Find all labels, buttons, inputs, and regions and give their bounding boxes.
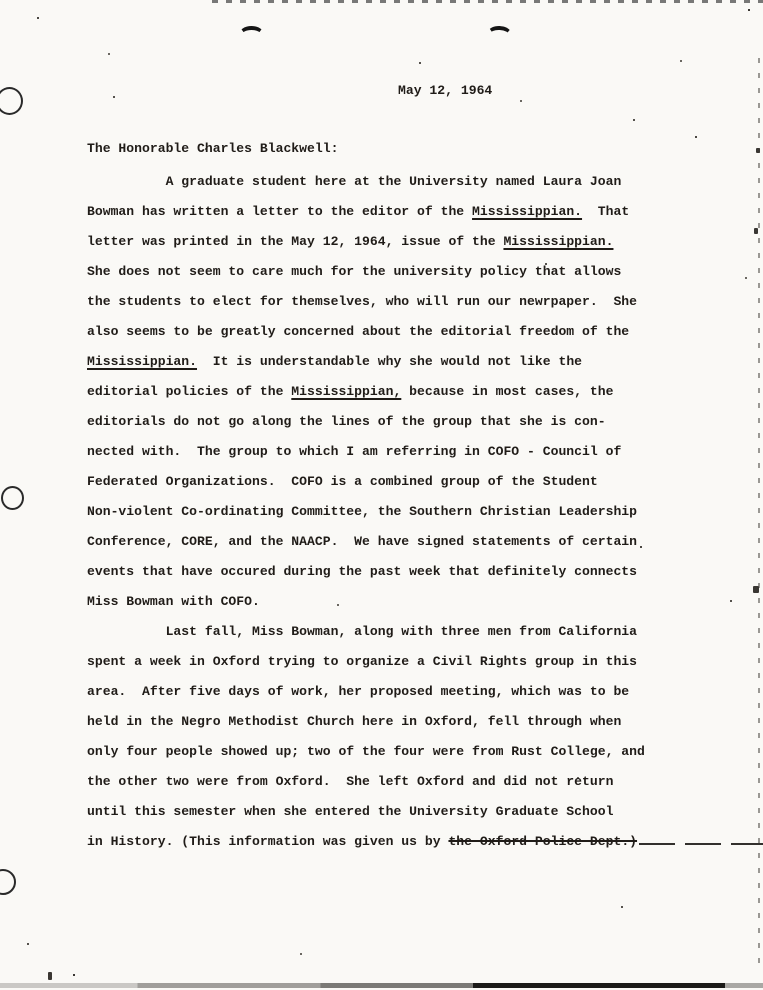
text-segment: spent a week in Oxford trying to organiz… [87, 654, 637, 669]
letter-line: only four people showed up; two of the f… [87, 737, 645, 767]
letter-line: spent a week in Oxford trying to organiz… [87, 647, 645, 677]
letter-line: the other two were from Oxford. She left… [87, 767, 645, 797]
strikethrough-extension-mark [639, 843, 763, 845]
text-segment: It is understandable why she would not l… [197, 354, 582, 369]
ink-blob [48, 972, 52, 980]
letter-line: Non-violent Co-ordinating Committee, the… [87, 497, 645, 527]
text-segment: She does not seem to care much for the u… [87, 264, 621, 279]
binder-arc-mark-right [487, 25, 513, 43]
text-segment: area. After five days of work, her propo… [87, 684, 629, 699]
text-segment: events that have occured during the past… [87, 564, 637, 579]
letter-line: held in the Negro Methodist Church here … [87, 707, 645, 737]
text-segment: only four people showed up; two of the f… [87, 744, 645, 759]
scan-top-edge-artifact [212, 0, 763, 3]
ink-blob [753, 586, 759, 593]
salutation: The Honorable Charles Blackwell: [87, 134, 338, 164]
text-segment: Last fall, Miss Bowman, along with three… [87, 624, 637, 639]
letter-line: letter was printed in the May 12, 1964, … [87, 227, 645, 257]
underlined-text: Mississippian. [87, 354, 197, 369]
text-segment: editorial policies of the [87, 384, 291, 399]
text-segment: the students to elect for themselves, wh… [87, 294, 637, 309]
text-segment: nected with. The group to which I am ref… [87, 444, 621, 459]
letter-line: Conference, CORE, and the NAACP. We have… [87, 527, 645, 557]
letter-line: Mississippian. It is understandable why … [87, 347, 645, 377]
letter-line: A graduate student here at the Universit… [87, 167, 645, 197]
binder-arc-mark-left [239, 26, 264, 43]
text-segment: Bowman has written a letter to the edito… [87, 204, 472, 219]
text-segment: letter was printed in the May 12, 1964, … [87, 234, 503, 249]
letter-line: nected with. The group to which I am ref… [87, 437, 645, 467]
text-segment: A graduate student here at the Universit… [87, 174, 621, 189]
underlined-text: Mississippian. [472, 204, 582, 219]
letter-line: She does not seem to care much for the u… [87, 257, 645, 287]
ink-blob [756, 148, 760, 153]
text-segment: Conference, CORE, and the NAACP. We have… [87, 534, 637, 549]
text-segment: until this semester when she entered the… [87, 804, 613, 819]
hole-punch-bottom [0, 869, 16, 895]
letter-line: Last fall, Miss Bowman, along with three… [87, 617, 645, 647]
letter-line: editorials do not go along the lines of … [87, 407, 645, 437]
scan-right-edge-artifact [758, 58, 760, 963]
text-segment: in History. (This information was given … [87, 834, 448, 849]
text-segment: Miss Bowman with COFO. [87, 594, 260, 609]
scan-bottom-edge-artifact [0, 983, 763, 988]
underlined-text: Mississippian. [503, 234, 613, 249]
letter-line: Miss Bowman with COFO. [87, 587, 645, 617]
text-segment: the other two were from Oxford. She left… [87, 774, 613, 789]
letter-line: area. After five days of work, her propo… [87, 677, 645, 707]
text-segment: because in most cases, the [401, 384, 613, 399]
ink-blob [754, 228, 758, 234]
scanned-letter-page: May 12, 1964 The Honorable Charles Black… [0, 0, 763, 990]
text-segment: Federated Organizations. COFO is a combi… [87, 474, 598, 489]
letter-line: editorial policies of the Mississippian,… [87, 377, 645, 407]
scan-noise-specks [37, 17, 39, 19]
letter-line: events that have occured during the past… [87, 557, 645, 587]
date-line: May 12, 1964 [398, 76, 492, 106]
text-segment: editorials do not go along the lines of … [87, 414, 606, 429]
hole-punch-middle [1, 486, 24, 510]
text-segment: That [582, 204, 629, 219]
struck-text: the Oxford Police Dept.) [448, 834, 637, 849]
underlined-text: Mississippian, [291, 384, 401, 399]
letter-line: Federated Organizations. COFO is a combi… [87, 467, 645, 497]
text-segment: held in the Negro Methodist Church here … [87, 714, 621, 729]
letter-line: Bowman has written a letter to the edito… [87, 197, 645, 227]
letter-line: in History. (This information was given … [87, 827, 645, 857]
letter-body: A graduate student here at the Universit… [87, 167, 645, 857]
text-segment: also seems to be greatly concerned about… [87, 324, 629, 339]
letter-line: the students to elect for themselves, wh… [87, 287, 645, 317]
letter-line: also seems to be greatly concerned about… [87, 317, 645, 347]
letter-line: until this semester when she entered the… [87, 797, 645, 827]
text-segment: Non-violent Co-ordinating Committee, the… [87, 504, 637, 519]
hole-punch-top [0, 87, 23, 115]
